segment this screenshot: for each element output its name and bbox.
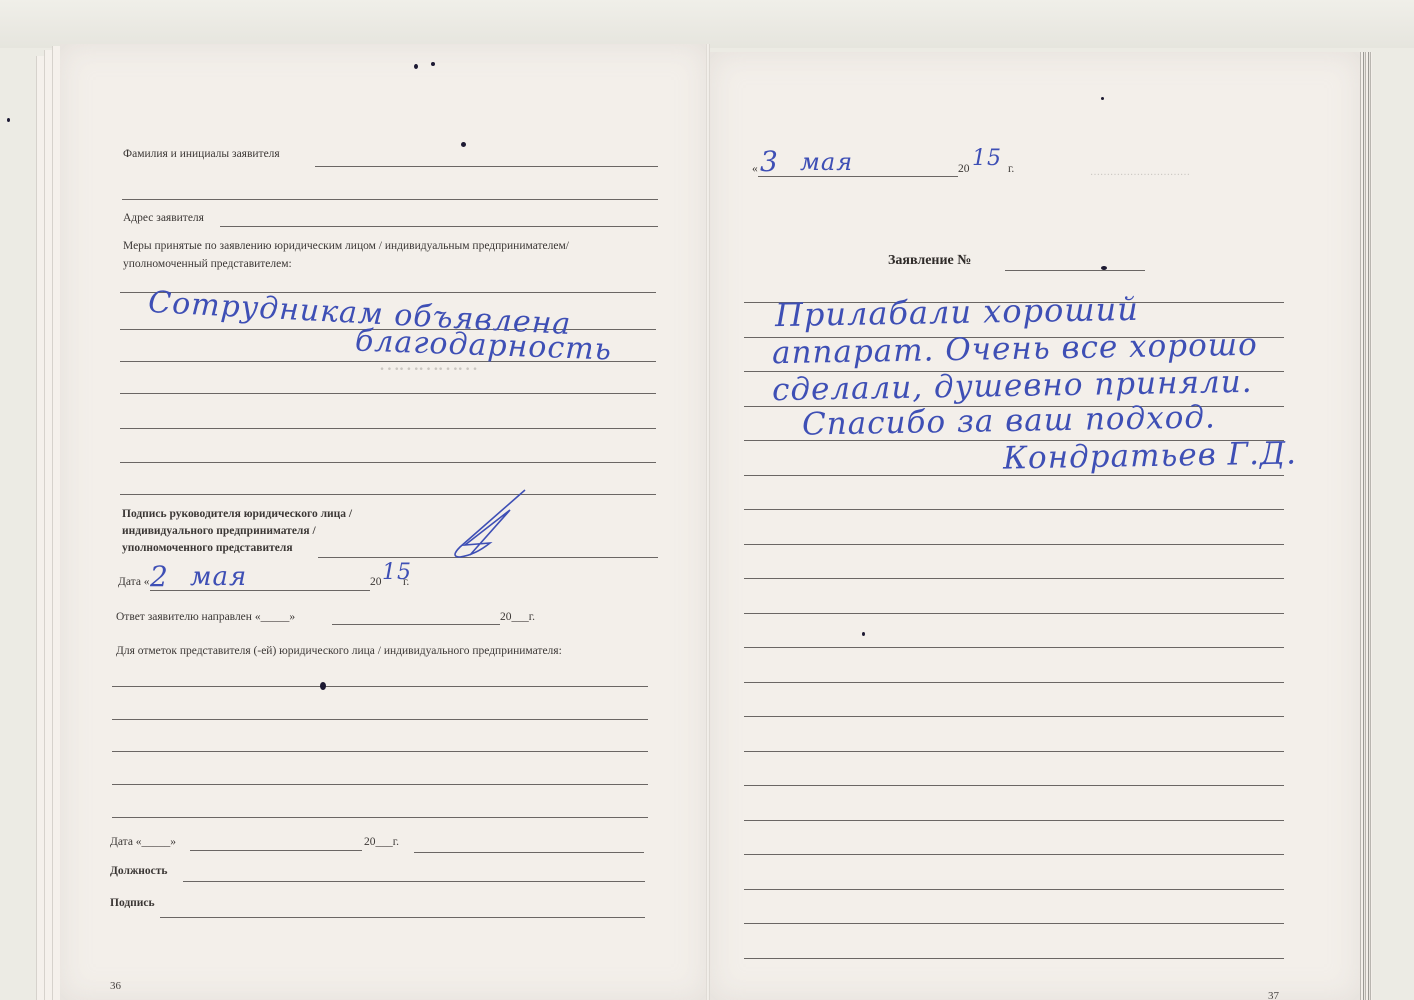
statement-line[interactable] xyxy=(744,613,1284,614)
handwritten-signature xyxy=(430,485,540,565)
right-date-field[interactable] xyxy=(758,176,958,177)
right-date-year-handwritten: 15 xyxy=(972,146,1002,171)
applicant-name-label: Фамилия и инициалы заявителя xyxy=(123,148,280,160)
statement-line[interactable] xyxy=(744,682,1284,683)
position-label: Должность xyxy=(110,865,168,877)
date-field[interactable] xyxy=(150,590,370,591)
applicant-name-field[interactable] xyxy=(315,166,658,167)
statement-number-field[interactable] xyxy=(1005,270,1145,271)
ink-speck xyxy=(320,682,326,690)
position-field[interactable] xyxy=(183,881,645,882)
right-date-suffix: г. xyxy=(1008,163,1014,175)
date-suffix: г. xyxy=(403,576,409,588)
signature-label-line2: индивидуального предпринимателя / xyxy=(122,525,316,537)
scan-background xyxy=(0,0,1414,48)
measures-label: Меры принятые по заявлению юридическим л… xyxy=(123,240,569,252)
page-number-right: 37 xyxy=(1268,990,1279,1000)
ink-speck xyxy=(414,64,418,69)
signature2-field[interactable] xyxy=(160,917,645,918)
notes-line[interactable] xyxy=(112,817,648,818)
statement-line[interactable] xyxy=(744,716,1284,717)
notes-label: Для отметок представителя (-ей) юридичес… xyxy=(116,645,562,657)
statement-signature-name: Кондратьев Г.Д. xyxy=(1003,435,1298,476)
statement-line[interactable] xyxy=(744,647,1284,648)
notes-line[interactable] xyxy=(112,719,648,720)
right-date-month-handwritten: мая xyxy=(800,148,853,176)
ink-speck xyxy=(862,632,865,636)
right-date-year-prefix: 20 xyxy=(958,163,970,175)
ink-speck xyxy=(431,62,435,66)
statement-line[interactable] xyxy=(744,923,1284,924)
right-date-day-handwritten: 3 xyxy=(760,145,779,178)
ink-speck xyxy=(1101,97,1104,100)
measures-label-line2: уполномоченный представителем: xyxy=(123,258,292,270)
applicant-address-field[interactable] xyxy=(220,226,658,227)
show-through-text: …………… xyxy=(380,350,478,376)
statement-line[interactable] xyxy=(744,578,1284,579)
statement-line[interactable] xyxy=(744,544,1284,545)
date-year-prefix: 20 xyxy=(370,576,382,588)
statement-title: Заявление № xyxy=(888,253,971,269)
signature-label: Подпись руководителя юридического лица / xyxy=(122,508,352,520)
statement-line[interactable] xyxy=(744,958,1284,959)
show-through-text: ………………………… xyxy=(1090,167,1190,178)
reply-year: 20___г. xyxy=(500,611,535,623)
signature-label-line3: уполномоченного представителя xyxy=(122,542,293,554)
date-label: Дата « xyxy=(118,576,150,588)
measures-line[interactable] xyxy=(120,494,656,495)
measures-line[interactable] xyxy=(120,462,656,463)
page-edges-right xyxy=(1360,52,1372,1000)
ink-speck xyxy=(7,118,10,122)
statement-line[interactable] xyxy=(744,509,1284,510)
date2-label: Дата «_____» xyxy=(110,836,176,848)
reply-label: Ответ заявителю направлен «_____» xyxy=(116,611,295,623)
measures-line[interactable] xyxy=(120,393,656,394)
applicant-address-label: Адрес заявителя xyxy=(123,212,204,224)
date-open-quote: « xyxy=(752,163,758,175)
notes-line[interactable] xyxy=(112,686,648,687)
date-month-handwritten: мая xyxy=(190,562,247,592)
notes-line[interactable] xyxy=(112,784,648,785)
applicant-name-field-line2[interactable] xyxy=(122,199,658,200)
statement-line[interactable] xyxy=(744,820,1284,821)
statement-line[interactable] xyxy=(744,785,1284,786)
left-page xyxy=(60,44,708,1000)
date2-extra-field[interactable] xyxy=(414,852,644,853)
date-day-handwritten: 2 xyxy=(150,560,169,593)
reply-date-field[interactable] xyxy=(332,624,500,625)
signature2-label: Подпись xyxy=(110,897,155,909)
statement-line[interactable] xyxy=(744,889,1284,890)
measures-line[interactable] xyxy=(120,428,656,429)
statement-handwritten-line: Спасибо за ваш подход. xyxy=(802,399,1216,442)
page-number-left: 36 xyxy=(110,980,121,992)
ink-speck xyxy=(461,142,466,147)
statement-line[interactable] xyxy=(744,751,1284,752)
date2-year: 20___г. xyxy=(364,836,399,848)
right-page xyxy=(710,52,1360,1000)
notes-line[interactable] xyxy=(112,751,648,752)
ink-speck xyxy=(1101,266,1107,270)
statement-handwritten-line: Прилабали хороший xyxy=(775,290,1139,334)
date2-field[interactable] xyxy=(190,850,362,851)
statement-line[interactable] xyxy=(744,854,1284,855)
